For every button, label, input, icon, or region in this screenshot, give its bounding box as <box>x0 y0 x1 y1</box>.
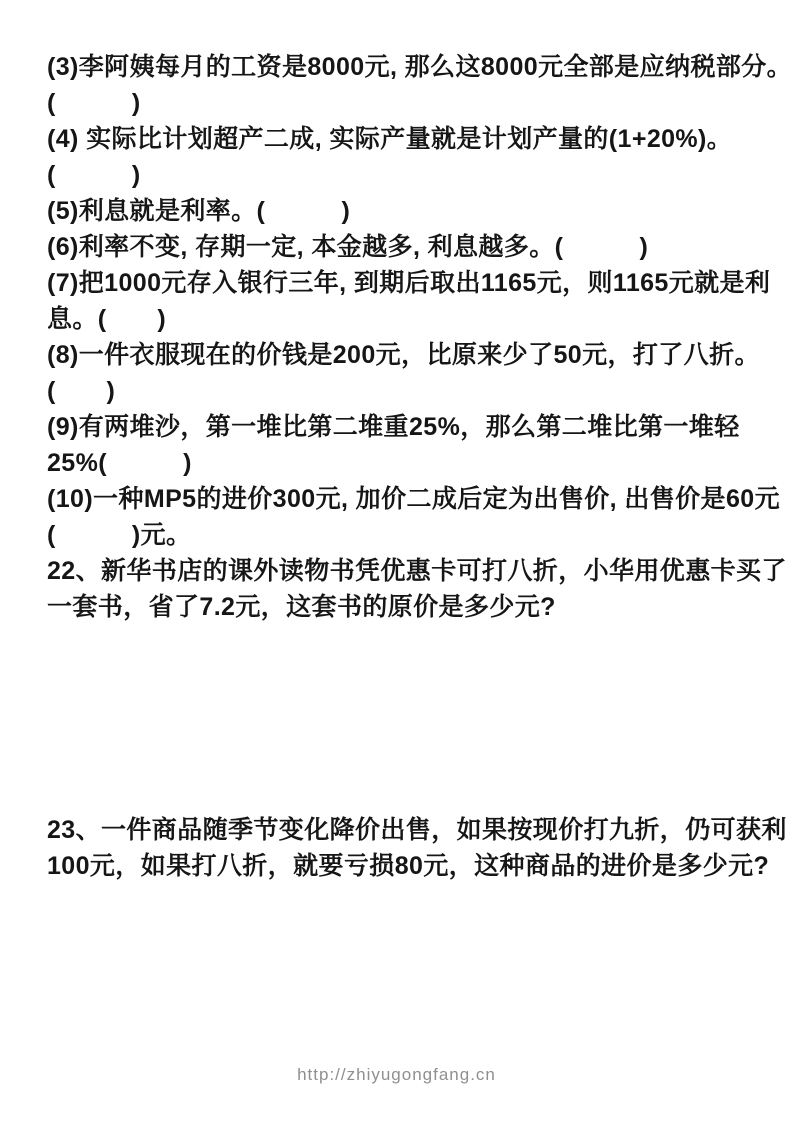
judgement-q4-line-1: (4) 实际比计划超产二成, 实际产量就是计划产量的(1+20%)。 <box>47 121 763 157</box>
worksheet-content: (3)李阿姨每月的工资是8000元, 那么这8000元全部是应纳税部分。 ( )… <box>47 49 763 884</box>
judgement-q9-line-1: (9)有两堆沙，第一堆比第二堆重25%，那么第二堆比第一堆轻 <box>47 409 763 445</box>
word-problem-23-line-1: 23、一件商品随季节变化降价出售，如果按现价打九折，仍可获利 <box>47 812 763 848</box>
judgement-q7-line-2: 息。( ) <box>47 301 763 337</box>
judgement-q10-line-2: ( )元。 <box>47 517 763 553</box>
word-problem-22-line-2: 一套书，省了7.2元，这套书的原价是多少元? <box>47 589 763 625</box>
judgement-q4-answer-bracket: ( ) <box>47 157 763 193</box>
judgement-q6-line-1: (6)利率不变, 存期一定, 本金越多, 利息越多。( ) <box>47 229 763 265</box>
worksheet-page: (3)李阿姨每月的工资是8000元, 那么这8000元全部是应纳税部分。 ( )… <box>0 0 793 1122</box>
word-problem-22-line-1: 22、新华书店的课外读物书凭优惠卡可打八折，小华用优惠卡买了 <box>47 553 763 589</box>
judgement-q9-line-2: 25%( ) <box>47 445 763 481</box>
judgement-q8-line-1: (8)一件衣服现在的价钱是200元，比原来少了50元，打了八折。 <box>47 337 763 373</box>
judgement-q3-answer-bracket: ( ) <box>47 85 763 121</box>
footer-watermark: http://zhiyugongfang.cn <box>0 1064 793 1086</box>
judgement-q7-line-1: (7)把1000元存入银行三年, 到期后取出1165元，则1165元就是利 <box>47 265 763 301</box>
judgement-q8-answer-bracket: ( ) <box>47 373 763 409</box>
judgement-q5-line-1: (5)利息就是利率。( ) <box>47 193 763 229</box>
judgement-q10-line-1: (10)一种MP5的进价300元, 加价二成后定为出售价, 出售价是60元 <box>47 481 763 517</box>
word-problem-23-line-2: 100元，如果打八折，就要亏损80元，这种商品的进价是多少元? <box>47 848 763 884</box>
judgement-q3-line-1: (3)李阿姨每月的工资是8000元, 那么这8000元全部是应纳税部分。 <box>47 49 763 85</box>
footer-url: http://zhiyugongfang.cn <box>297 1065 496 1084</box>
